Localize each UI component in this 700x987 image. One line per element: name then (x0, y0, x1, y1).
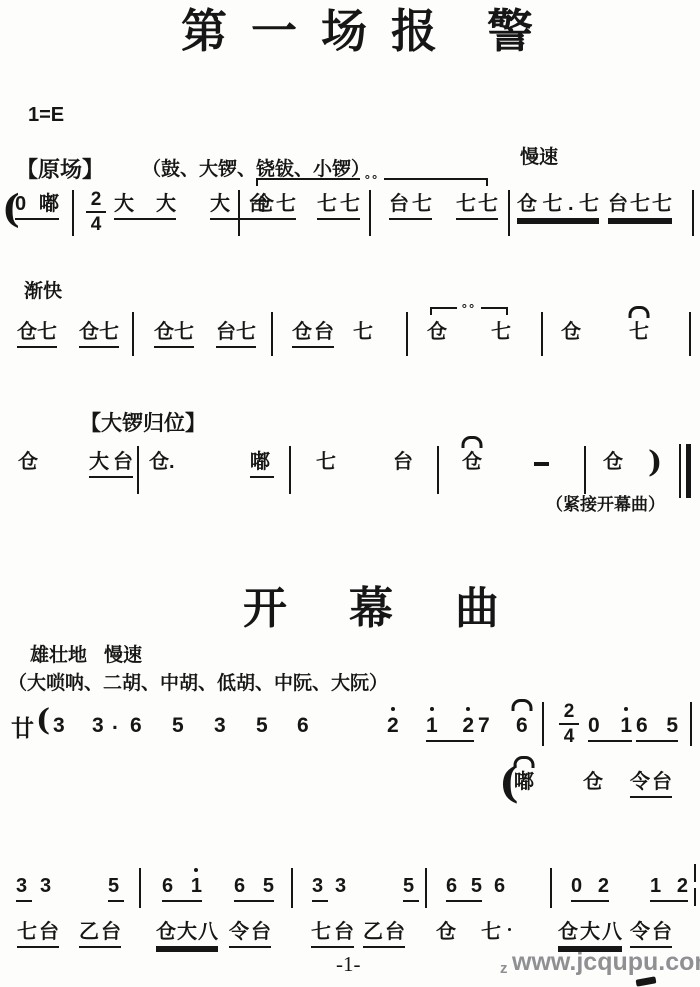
note-group: 02 (571, 876, 609, 902)
repeat-bracket: °° (430, 303, 508, 314)
note-high-octave: 2 (462, 715, 474, 736)
note-high-octave: 1 (426, 715, 438, 736)
note: 6 (297, 715, 309, 736)
orchestra-instrument-list: （大唢呐、二胡、中胡、低胡、中阮、大阮） (8, 674, 388, 695)
barline (238, 190, 240, 236)
note-group: 2 (387, 715, 399, 736)
barline (291, 868, 293, 908)
note-group: 仓 (436, 922, 456, 942)
close-paren: ) (648, 448, 662, 478)
final-barline-thin (679, 444, 681, 498)
note: 3 (16, 876, 27, 896)
barline (542, 702, 544, 746)
note-group: 七 (353, 322, 373, 342)
note: 仓 (156, 922, 176, 942)
cutoff-mark (636, 976, 657, 986)
note: 3 (214, 715, 226, 736)
note-with-fermata: 嘟 (514, 772, 534, 792)
bracket-line (384, 178, 488, 180)
note: 大 (580, 922, 600, 942)
note: 台 (39, 922, 59, 942)
barline (271, 312, 273, 356)
note-group: 令台 (630, 922, 672, 948)
note: 七 (99, 322, 119, 342)
time-signature: 2 4 (558, 702, 580, 746)
note: 台 (314, 322, 334, 342)
note-group: 七台 (17, 922, 59, 948)
note: 6 (636, 715, 648, 736)
fraction-bar (559, 723, 579, 725)
note-group: 仓七 (254, 194, 296, 220)
note: 台 (101, 922, 121, 942)
cue-text: （紧接开幕曲） (546, 496, 665, 515)
free-meter-symbol: 廿 (11, 716, 34, 741)
note-group: 0嘟 (15, 194, 59, 220)
note: 八 (198, 922, 218, 942)
note: 1 (650, 876, 661, 896)
note: 5 (666, 715, 678, 736)
note-group: 6 (130, 715, 142, 736)
note: 仓 (254, 194, 274, 214)
note: 大 (89, 452, 109, 472)
note-group: 台七 (216, 322, 256, 348)
note: 6 (234, 876, 245, 896)
tempo-accel-label: 渐快 (24, 282, 62, 303)
note: 七 (481, 922, 501, 942)
note-group: 仓. (149, 452, 175, 472)
note-group: 大台 (89, 452, 133, 478)
note: 仓 (517, 194, 537, 214)
note-group: 7 (478, 715, 490, 736)
note-group: 嘟 (514, 772, 534, 792)
note: 仓 (583, 772, 603, 792)
rest-note: 0 (571, 876, 582, 896)
note: 3 (53, 715, 65, 736)
bracket-circles: °° (360, 174, 384, 185)
note: 5 (108, 876, 119, 896)
note: 台 (251, 922, 271, 942)
note-group: 仓七 (79, 322, 119, 348)
note-group: 仓大八 (156, 922, 218, 948)
note-group: 5 (256, 715, 268, 736)
note-group: . (112, 712, 118, 733)
note: 台 (385, 922, 405, 942)
note: 3 (92, 715, 104, 736)
note: 7 (478, 715, 490, 736)
note: 台 (652, 922, 672, 942)
sustain-dash (534, 462, 549, 466)
note: 台 (652, 772, 672, 792)
key-signature: 1=E (28, 104, 64, 126)
note-group: 仓大八 (558, 922, 622, 948)
note-group: 12 (650, 876, 688, 902)
note: 5 (256, 715, 268, 736)
note-group: 台七 (389, 194, 432, 220)
augmentation-dot: . (112, 712, 118, 733)
note: 仓 (18, 452, 38, 472)
note-group: 台 (393, 452, 413, 472)
note-group: 3 (16, 876, 32, 902)
note-group: 七 (491, 322, 511, 342)
tempo-slow-label: 慢速 (520, 148, 558, 169)
note-high-octave: 1 (620, 715, 632, 736)
note-group: 3 (214, 715, 226, 736)
note-group: 5 (108, 876, 124, 902)
note-group: 七 (481, 922, 501, 942)
note: 6 (446, 876, 457, 896)
barline (508, 190, 510, 236)
barline-broken-top (694, 864, 696, 882)
note: 七 (276, 194, 296, 214)
open-paren: ( (36, 706, 50, 736)
note: 七 (236, 322, 256, 342)
barline (692, 190, 694, 236)
fraction-bar (86, 211, 106, 213)
note-group: 仓 (583, 772, 603, 792)
note: 嘟 (39, 194, 59, 214)
note: 3 (335, 876, 346, 896)
note-group: 七 (629, 322, 649, 342)
note: 台 (216, 322, 236, 342)
barline (406, 312, 408, 356)
note-group: 仓 (18, 452, 38, 472)
section-label-daluo-guiwei: 【大锣归位】 (80, 412, 206, 435)
note: 2 (598, 876, 609, 896)
barline (689, 312, 691, 356)
note-group: 6 (494, 876, 505, 896)
note-group: 3 (40, 876, 51, 896)
note: 仓 (427, 322, 447, 342)
note-group: 3 (53, 715, 65, 736)
note-group: 仓七 (154, 322, 194, 348)
note: 2 (677, 876, 688, 896)
note-group: 嘟 (250, 452, 274, 478)
barline (437, 446, 439, 494)
note: 台 (608, 194, 628, 214)
barline (584, 446, 586, 494)
note: 大 (114, 194, 134, 214)
note: 大 (210, 194, 230, 214)
barline (369, 190, 371, 236)
note: 七 (37, 322, 57, 342)
repeat-bracket: °° (256, 174, 488, 185)
note-group: 令台 (630, 772, 672, 798)
note-group: 65 (234, 876, 274, 902)
note: 七 (478, 194, 498, 214)
note-group: 七 (316, 452, 336, 472)
note-group: 6 (297, 715, 309, 736)
section-label-yuanchang: 【原场】 (16, 158, 104, 182)
dot-note: . (568, 194, 574, 214)
note-group: 6 (516, 715, 528, 736)
note-group: 台七七 (608, 194, 672, 220)
note: 台 (113, 452, 133, 472)
note: 3 (40, 876, 51, 896)
note: 七 (542, 194, 562, 214)
note: 七 (456, 194, 476, 214)
note-with-fermata: 仓 (462, 452, 482, 472)
note: 台 (334, 922, 354, 942)
note: 七 (579, 194, 599, 214)
note-with-fermata: 6 (516, 715, 528, 736)
note: 七 (311, 922, 331, 942)
note: 令 (229, 922, 249, 942)
note-group: 12 (426, 715, 474, 742)
note: 七 (340, 194, 360, 214)
note: 6 (130, 715, 142, 736)
note-group: 仓 (462, 452, 482, 472)
note-group: 七七 (317, 194, 360, 220)
note-group: 令台 (229, 922, 271, 948)
opening-music-title: 开幕曲 (243, 585, 561, 633)
barline-broken-bottom (694, 888, 696, 906)
meter-numerator: 2 (564, 702, 575, 721)
rest-note: 0 (588, 715, 600, 736)
note: 仓 (603, 452, 623, 472)
note-with-fermata: 七 (629, 322, 649, 342)
note-group: 仓七 (17, 322, 57, 348)
note-group: 仓 (603, 452, 623, 472)
bracket-circles: °° (457, 303, 481, 314)
note: 3 (312, 876, 323, 896)
barline (139, 868, 141, 908)
barline (541, 312, 543, 356)
note: 仓 (154, 322, 174, 342)
note: 5 (263, 876, 274, 896)
expression-label: 雄壮地 (30, 646, 87, 667)
note-high-octave: 2 (387, 715, 399, 736)
note-group: 七台 (311, 922, 354, 948)
note: 乙 (363, 922, 383, 942)
note: 七 (17, 922, 37, 942)
note-group: 大大 (114, 194, 176, 220)
time-signature: 2 4 (85, 190, 107, 234)
barline (137, 446, 139, 494)
note: 台 (393, 452, 413, 472)
note: 5 (471, 876, 482, 896)
note: 八 (602, 922, 622, 942)
note: 嘟 (250, 452, 270, 472)
note: 仓 (558, 922, 578, 942)
note: 仓 (17, 322, 37, 342)
barline (72, 190, 74, 236)
dotted-note: 仓. (149, 452, 175, 472)
note: 仓 (79, 322, 99, 342)
note-group: 仓 (561, 322, 581, 342)
note: 七 (630, 194, 650, 214)
note: 七 (316, 452, 336, 472)
note-group: 乙台 (363, 922, 405, 948)
note: 七 (652, 194, 672, 214)
note-group: 65 (446, 876, 482, 902)
bracket-line (256, 178, 360, 180)
note-group: 乙台 (79, 922, 121, 948)
note: 仓 (292, 322, 312, 342)
note: 七 (174, 322, 194, 342)
note: 大 (156, 194, 176, 214)
note: 令 (630, 922, 650, 942)
barline (289, 446, 291, 494)
print-speck (508, 928, 511, 931)
tempo-slow-label-2: 慢速 (104, 646, 142, 667)
barline (425, 868, 427, 908)
note: 台 (389, 194, 409, 214)
note-group: 5 (403, 876, 419, 902)
note-group: 3 (335, 876, 346, 896)
note-high-octave: 1 (191, 876, 202, 896)
note: 6 (494, 876, 505, 896)
note-group: 3 (92, 715, 104, 736)
note: 大 (177, 922, 197, 942)
final-barline-thick (686, 444, 691, 498)
note-group: 5 (172, 715, 184, 736)
note-group: 65 (636, 715, 678, 742)
watermark-prefix: z (500, 960, 508, 977)
note-group: 61 (162, 876, 202, 902)
note: 七 (412, 194, 432, 214)
note: 七 (491, 322, 511, 342)
meter-denominator: 4 (91, 215, 102, 234)
bracket-line (481, 307, 508, 309)
note: 乙 (79, 922, 99, 942)
barline (690, 702, 692, 746)
meter-denominator: 4 (564, 727, 575, 746)
note: 5 (172, 715, 184, 736)
note: 七 (317, 194, 337, 214)
note: 七 (353, 322, 373, 342)
scene-title-right: 警 (487, 6, 533, 57)
sheet-music-page: 第一场报 警 1=E 【原场】 （鼓、大锣、铙钹、小锣） 慢速 ( 0嘟 2 4… (0, 0, 700, 987)
note-group: 3 (312, 876, 328, 902)
note: 0 (15, 194, 26, 214)
note-group: 仓七.七 (517, 194, 599, 220)
barline (132, 312, 134, 356)
bracket-line (430, 307, 457, 309)
note-group: 仓 (427, 322, 447, 342)
note-group: 01 (588, 715, 632, 742)
note: 仓 (561, 322, 581, 342)
barline (550, 868, 552, 908)
note: 令 (630, 772, 650, 792)
page-number: -1- (336, 952, 361, 977)
watermark-url: www.jcqupu.com (512, 948, 700, 977)
note-group: 仓台 (292, 322, 334, 348)
note: 6 (162, 876, 173, 896)
note-group: 七七 (456, 194, 498, 220)
meter-numerator: 2 (91, 190, 102, 209)
note: 仓 (436, 922, 456, 942)
scene-title-left: 第一场报 (181, 6, 461, 57)
note: 5 (403, 876, 414, 896)
